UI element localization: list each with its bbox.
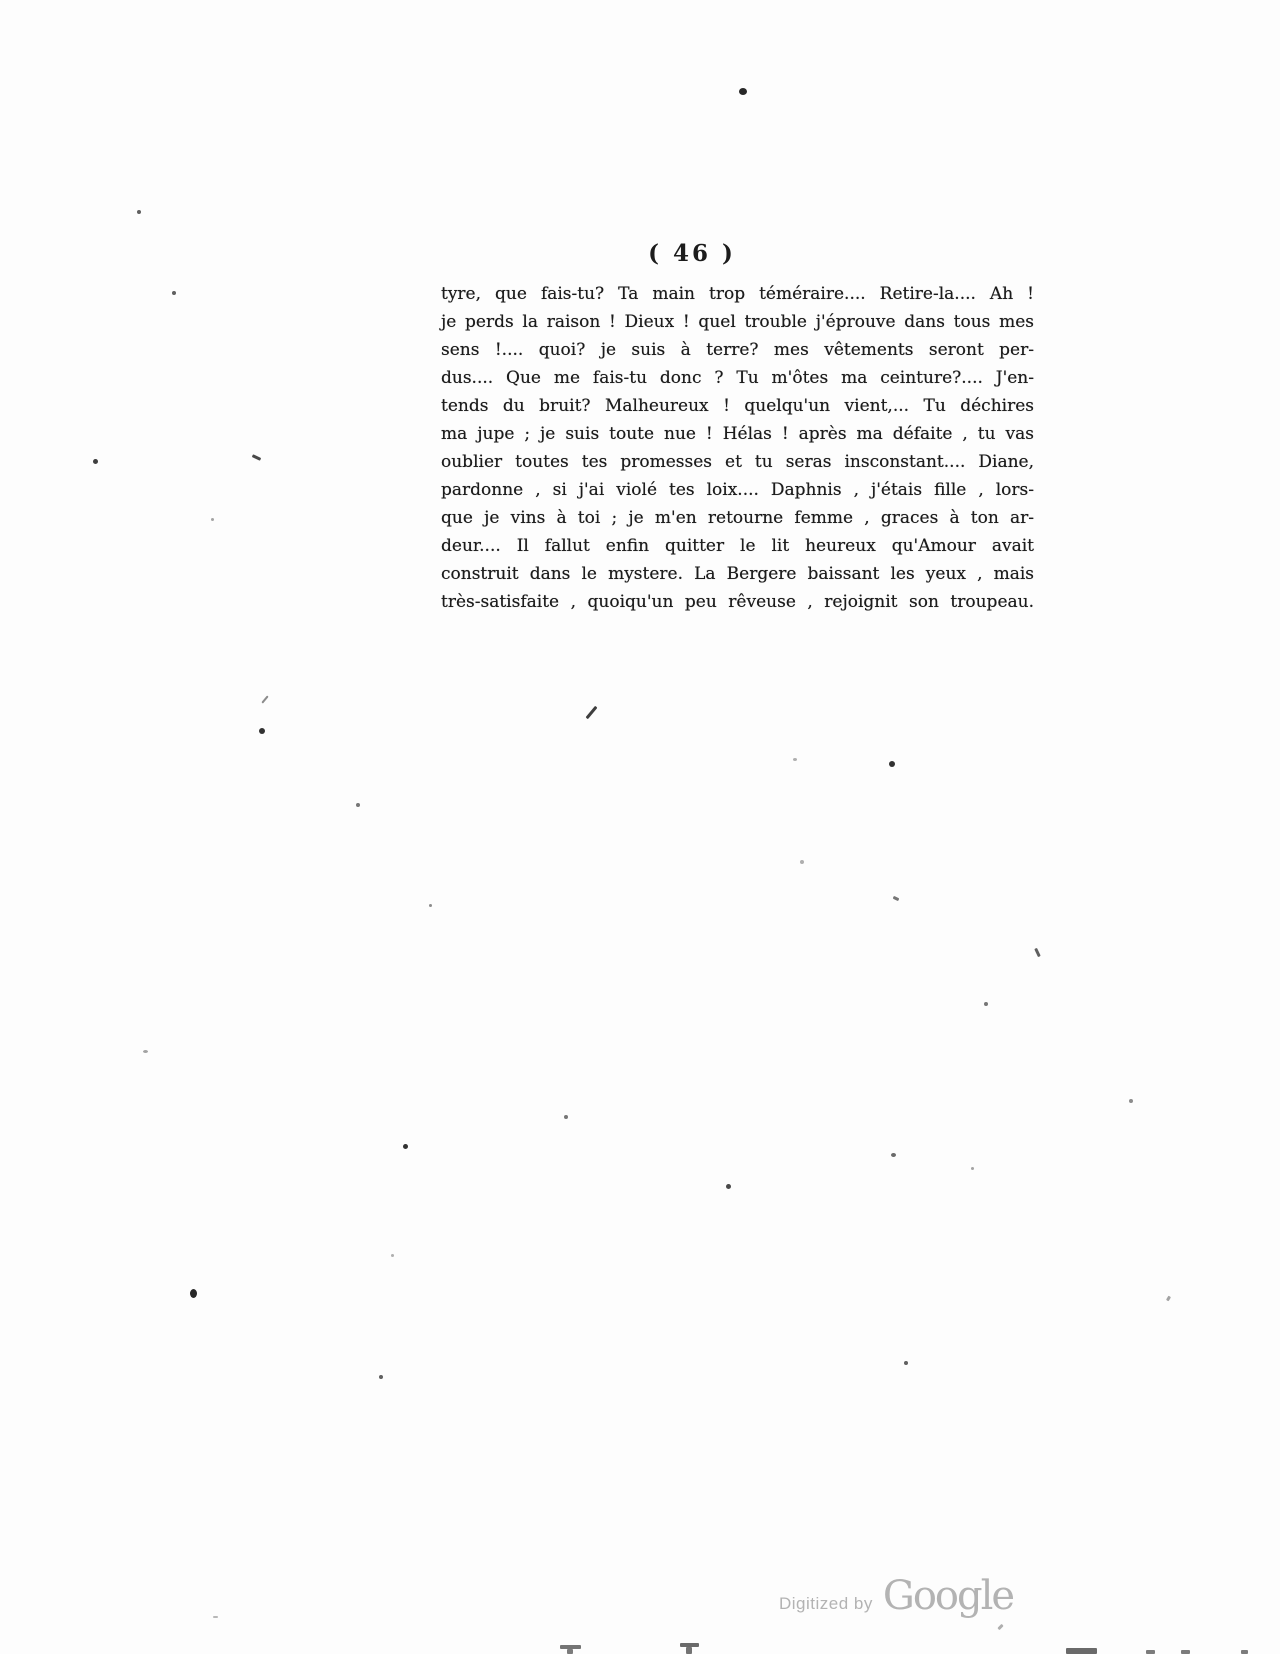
ink-speck [429, 904, 432, 907]
ink-speck [356, 803, 360, 807]
ink-speck [403, 1144, 408, 1149]
ink-speck [793, 758, 797, 761]
google-logo: Google [883, 1576, 1013, 1616]
text-line: que je vins à toi ; je m'en retourne fem… [441, 504, 1034, 532]
text-line: oublier toutes tes promesses et tu seras… [441, 448, 1034, 476]
ink-speck [800, 860, 804, 864]
ink-speck [190, 1289, 197, 1298]
ink-speck [904, 1361, 908, 1365]
text-line: pardonne , si j'ai violé tes loix.... Da… [441, 476, 1034, 504]
text-line: construit dans le mystere. La Bergere ba… [441, 560, 1034, 588]
text-line: deur.... Il fallut enfin quitter le lit … [441, 532, 1034, 560]
ink-speck [739, 88, 747, 95]
ink-mark [213, 1616, 218, 1618]
text-line: très-satisfaite , quoiqu'un peu rêveuse … [441, 588, 1034, 616]
text-line: tends du bruit? Malheureux ! quelqu'un v… [441, 392, 1034, 420]
text-line: tyre, que fais-tu? Ta main trop témérair… [441, 280, 1034, 308]
digitized-by-label: Digitized by [779, 1594, 873, 1614]
text-line: sens !.... quoi? je suis à terre? mes vê… [441, 336, 1034, 364]
ink-mark [1166, 1296, 1171, 1302]
ink-speck [889, 761, 895, 767]
ink-speck [391, 1254, 394, 1257]
next-page-glyph-fragment [1181, 1650, 1190, 1654]
scanned-book-page: ( 46 ) tyre, que fais-tu? Ta main trop t… [0, 0, 1280, 1654]
ink-mark [893, 896, 900, 901]
next-page-glyph-fragment [680, 1643, 699, 1647]
text-line: dus.... Que me fais-tu donc ? Tu m'ôtes … [441, 364, 1034, 392]
ink-speck [259, 728, 265, 734]
next-page-glyph-fragment [560, 1645, 581, 1649]
ink-speck [564, 1115, 568, 1119]
page-number: ( 46 ) [592, 240, 792, 267]
ink-mark [586, 706, 598, 719]
ink-speck [379, 1375, 383, 1379]
ink-mark [1034, 948, 1041, 957]
next-page-glyph-fragment [567, 1649, 573, 1654]
ink-speck [1129, 1099, 1133, 1103]
next-page-glyph-fragment [1146, 1650, 1155, 1654]
google-watermark: Digitized by Google [779, 1576, 1013, 1616]
ink-mark [252, 454, 261, 461]
ink-speck [984, 1002, 988, 1006]
text-line: je perds la raison ! Dieux ! quel troubl… [441, 308, 1034, 336]
next-page-glyph-fragment [686, 1647, 692, 1654]
next-page-glyph-fragment [1241, 1650, 1248, 1654]
ink-mark [261, 695, 268, 703]
ink-speck [891, 1153, 896, 1157]
ink-speck [211, 518, 214, 521]
text-line: ma jupe ; je suis toute nue ! Hélas ! ap… [441, 420, 1034, 448]
ink-speck [137, 210, 141, 214]
ink-mark [997, 1624, 1003, 1630]
ink-speck [726, 1184, 731, 1189]
ink-speck [143, 1050, 148, 1053]
ink-speck [971, 1167, 974, 1170]
ink-speck [172, 291, 176, 295]
paragraph-block: tyre, que fais-tu? Ta main trop témérair… [441, 280, 1034, 616]
next-page-glyph-fragment [1066, 1648, 1097, 1654]
ink-speck [93, 459, 98, 464]
